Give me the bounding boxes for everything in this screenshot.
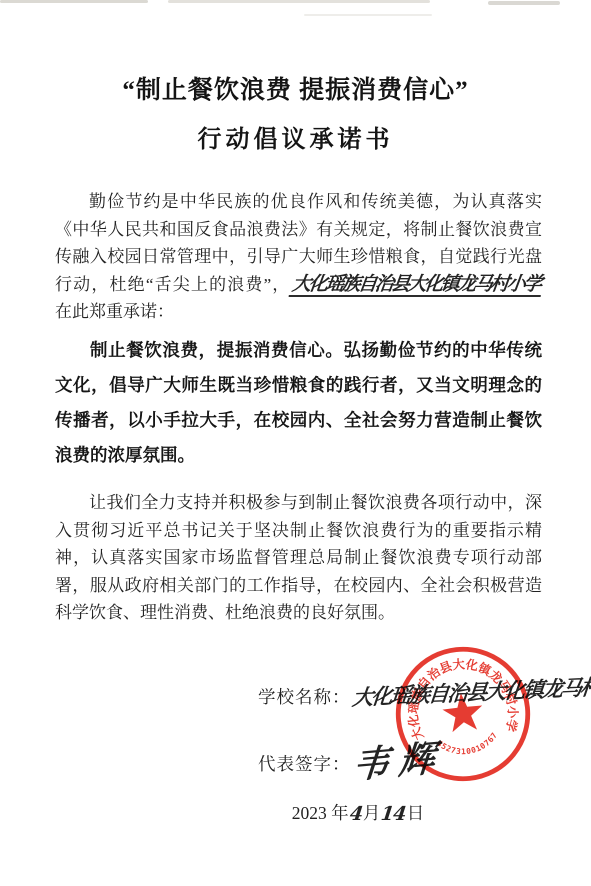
- paragraph-intro: 勤俭节约是中华民族的优良作风和传统美德，为认真落实《中华人民共和国反食品浪费法》…: [55, 188, 542, 326]
- scan-artifact: [304, 14, 432, 16]
- paragraph-action-commitment: 让我们全力支持并积极参与到制止餐饮浪费各项行动中，深入贯彻习近平总书记关于坚决制…: [55, 489, 542, 627]
- document-title-line1: “制止餐饮浪费 提振消费信心”: [0, 70, 591, 106]
- date-month-unit: 月: [363, 803, 381, 823]
- date-year: 2023 年: [292, 803, 349, 823]
- school-name-label: 学校名称：: [258, 687, 351, 707]
- scan-artifact: [168, 0, 430, 3]
- representative-signature-label: 代表签字：: [258, 754, 351, 774]
- school-seal-stamp: 大化瑶族自治县大化镇龙马村小学 4527310010767: [386, 637, 540, 791]
- document-title-line2: 行动倡议承诺书: [0, 119, 591, 154]
- document-page: “制止餐饮浪费 提振消费信心” 行动倡议承诺书 勤俭节约是中华民族的优良作风和传…: [0, 0, 591, 886]
- handwritten-school-name-inline: 大化瑶族自治县大化镇龙马村小学: [289, 274, 543, 297]
- scan-artifact: [0, 0, 148, 3]
- seal-star-icon: [441, 691, 485, 733]
- date-day-unit: 日: [407, 803, 425, 823]
- paragraph-pledge: 制止餐饮浪费，提振消费信心。弘扬勤俭节约的中华传统文化，倡导广大师生既当珍惜粮食…: [55, 333, 542, 473]
- handwritten-date-month: 4: [347, 803, 364, 825]
- handwritten-date-day: 14: [379, 803, 408, 825]
- paragraph-intro-tail: 在此郑重承诺：: [55, 302, 174, 321]
- scan-artifact: [488, 1, 560, 5]
- date-line: 2023 年4月14日: [253, 800, 463, 825]
- seal-serial-number: 4527310010767: [434, 730, 501, 759]
